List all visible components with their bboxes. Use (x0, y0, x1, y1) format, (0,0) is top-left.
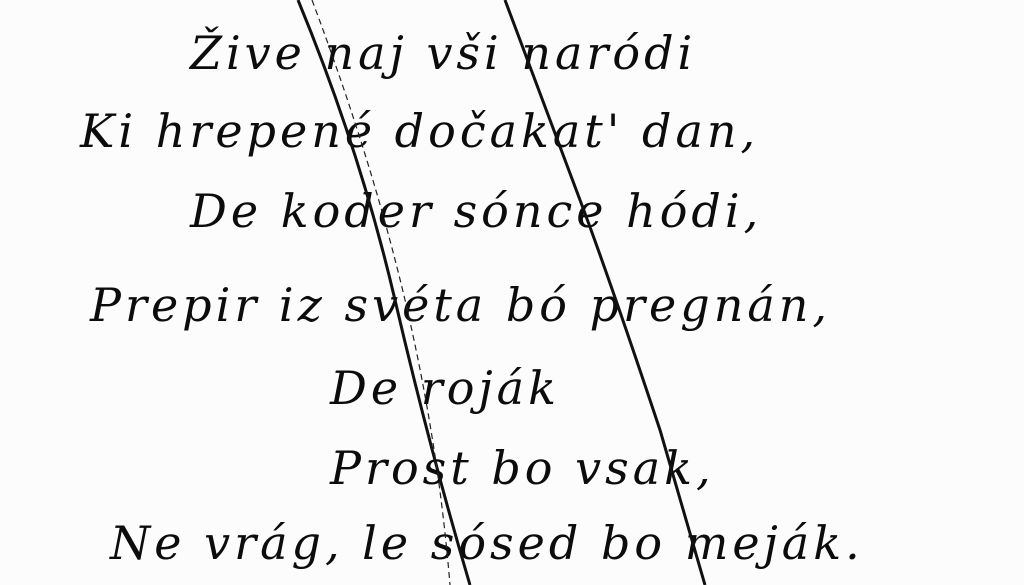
verse-line-4: Prepir iz svéta bó pregnán, (90, 282, 831, 328)
verse-line-5: De roják (330, 365, 560, 411)
verse-line-6: Prost bo vsak, (330, 445, 715, 491)
verse-line-1: Žive naj vši naródi (190, 30, 696, 76)
manuscript-page: Žive naj vši naródi Ki hrepené dočakat' … (0, 0, 1024, 585)
verse-line-7: Ne vrág, le sósed bo meják. (110, 520, 864, 566)
verse-line-2: Ki hrepené dočakat' dan, (80, 108, 759, 154)
verse-line-3: De koder sónce hódi, (190, 188, 762, 234)
